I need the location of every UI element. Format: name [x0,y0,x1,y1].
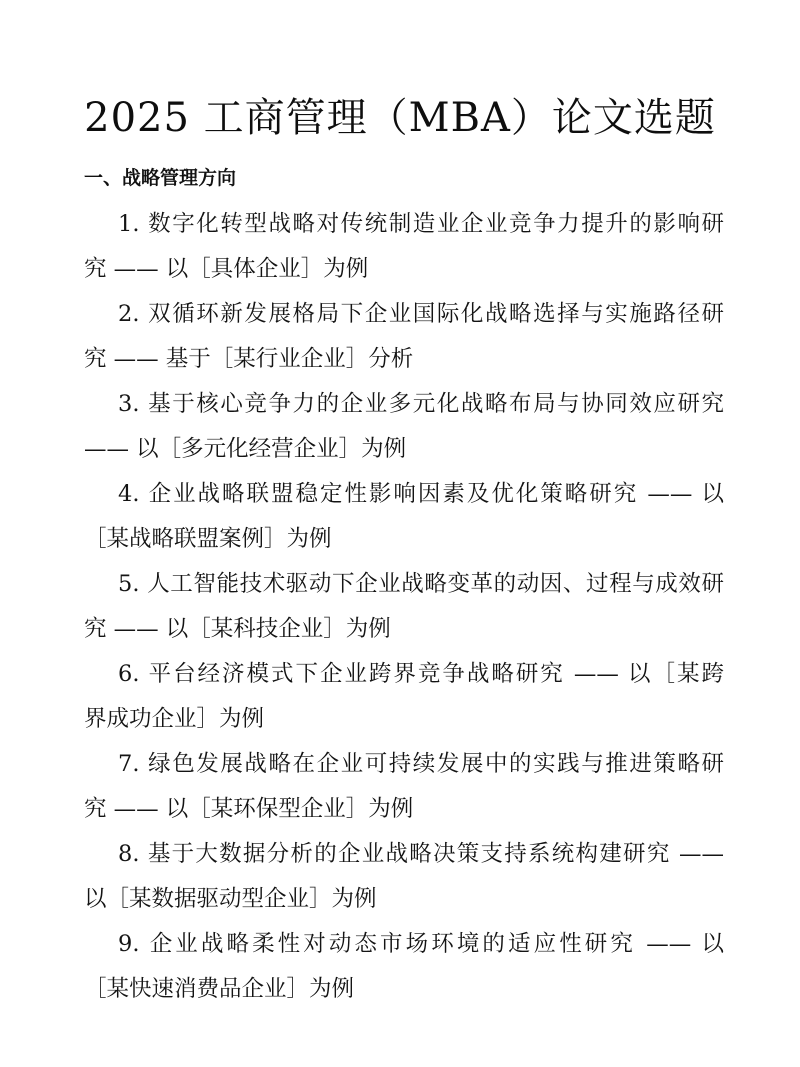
topic-item-line: 4. 企业战略联盟稳定性影响因素及优化策略研究 —— 以 [118,472,724,517]
topic-item-line: 8. 基于大数据分析的企业战略决策支持系统构建研究 —— [118,832,724,877]
topic-item-6: 6. 平台经济模式下企业跨界竞争战略研究 —— 以［某跨 界成功企业］为例 [84,652,724,742]
topic-item-line: 6. 平台经济模式下企业跨界竞争战略研究 —— 以［某跨 [118,652,724,697]
topic-item-line: ［某战略联盟案例］为例 [84,517,332,562]
topic-item-line: 2. 双循环新发展格局下企业国际化战略选择与实施路径研 [118,292,724,337]
topic-item-line: —— 以［多元化经营企业］为例 [84,427,406,472]
topic-item-line: 究 —— 以［具体企业］为例 [84,247,368,292]
topic-item-line: 9. 企业战略柔性对动态市场环境的适应性研究 —— 以 [118,922,724,967]
topic-item-8: 8. 基于大数据分析的企业战略决策支持系统构建研究 —— 以［某数据驱动型企业］… [84,832,724,922]
topic-item-1: 1. 数字化转型战略对传统制造业企业竞争力提升的影响研 究 —— 以［具体企业］… [84,202,724,292]
topic-item-line: ［某快速消费品企业］为例 [84,967,354,1012]
topic-item-line: 界成功企业］为例 [84,697,264,742]
topic-item-4: 4. 企业战略联盟稳定性影响因素及优化策略研究 —— 以 ［某战略联盟案例］为例 [84,472,724,562]
topic-item-line: 7. 绿色发展战略在企业可持续发展中的实践与推进策略研 [118,742,724,787]
document-page: 2025 工商管理（MBA）论文选题 一、战略管理方向 1. 数字化转型战略对传… [0,0,800,1067]
topic-item-7: 7. 绿色发展战略在企业可持续发展中的实践与推进策略研 究 —— 以［某环保型企… [84,742,724,832]
topic-item-3: 3. 基于核心竞争力的企业多元化战略布局与协同效应研究 —— 以［多元化经营企业… [84,382,724,472]
topic-item-line: 究 —— 基于［某行业企业］分析 [84,337,413,382]
topic-item-line: 究 —— 以［某环保型企业］为例 [84,787,413,832]
topic-list: 1. 数字化转型战略对传统制造业企业竞争力提升的影响研 究 —— 以［具体企业］… [84,202,724,1012]
topic-item-line: 究 —— 以［某科技企业］为例 [84,607,391,652]
topic-item-line: 5. 人工智能技术驱动下企业战略变革的动因、过程与成效研 [118,562,724,607]
topic-item-2: 2. 双循环新发展格局下企业国际化战略选择与实施路径研 究 —— 基于［某行业企… [84,292,724,382]
document-title: 2025 工商管理（MBA）论文选题 [0,89,800,147]
topic-item-line: 以［某数据驱动型企业］为例 [84,877,377,922]
topic-item-line: 1. 数字化转型战略对传统制造业企业竞争力提升的影响研 [118,202,724,247]
topic-item-line: 3. 基于核心竞争力的企业多元化战略布局与协同效应研究 [118,382,724,427]
topic-item-9: 9. 企业战略柔性对动态市场环境的适应性研究 —— 以 ［某快速消费品企业］为例 [84,922,724,1012]
topic-item-5: 5. 人工智能技术驱动下企业战略变革的动因、过程与成效研 究 —— 以［某科技企… [84,562,724,652]
section-heading-strategy: 一、战略管理方向 [84,163,236,193]
